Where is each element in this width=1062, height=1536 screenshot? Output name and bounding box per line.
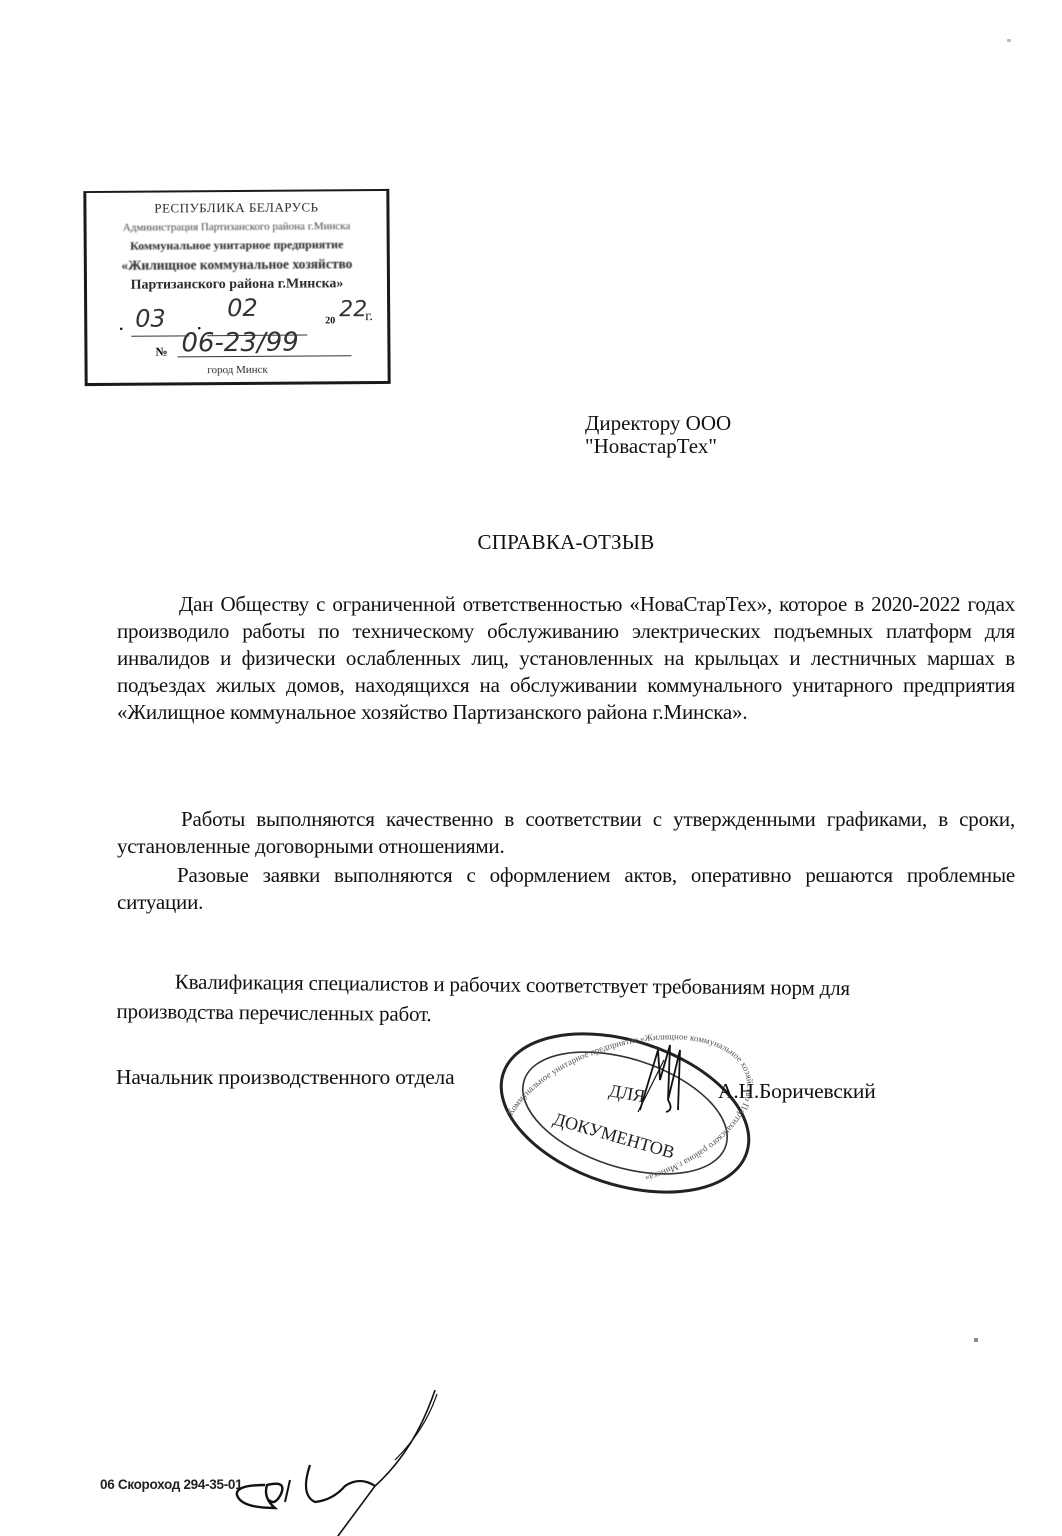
paragraph-4: Квалификация специалистов и рабочих соот… bbox=[116, 966, 957, 1034]
head-signature-icon bbox=[630, 1040, 710, 1160]
paragraph-2-container: Работы выполняются качественно в соответ… bbox=[117, 806, 1015, 860]
paragraph-1: Дан Обществу с ограниченной ответственно… bbox=[117, 591, 1015, 726]
stamp-city: город Минск bbox=[88, 363, 388, 377]
year-prefix: 20 bbox=[325, 315, 335, 326]
date-dot: . bbox=[119, 317, 123, 335]
paragraph-1-container: Дан Обществу с ограниченной ответственно… bbox=[117, 591, 1015, 726]
registration-stamp-box: РЕСПУБЛИКА БЕЛАРУСЬ Администрация Партиз… bbox=[83, 189, 390, 386]
number-label: № bbox=[155, 344, 167, 359]
date-month: 02 bbox=[227, 294, 258, 322]
paragraph-2: Работы выполняются качественно в соответ… bbox=[117, 806, 1015, 860]
scan-speck bbox=[974, 1338, 978, 1342]
addressee-line-1: Директору ООО bbox=[585, 412, 731, 435]
round-stamp: Коммунальное унитарное предприятие «Жили… bbox=[490, 1028, 760, 1198]
year-suffix: 22 bbox=[339, 297, 367, 322]
addressee-block: Директору ООО "НовастарТех" bbox=[585, 412, 731, 458]
paragraph-3-container: Разовые заявки выполняются с оформлением… bbox=[117, 862, 1015, 916]
stamp-enterprise-name-1: «Жилищное коммунальное хозяйство bbox=[87, 256, 387, 274]
stamp-date-row: . 03 . 02 20 22 г. bbox=[117, 301, 367, 331]
document-title: СПРАВКА-ОТЗЫВ bbox=[0, 530, 1062, 555]
scan-speck bbox=[1007, 39, 1011, 42]
signatory-name: А.Н.Боричевский bbox=[718, 1079, 876, 1104]
stamp-country: РЕСПУБЛИКА БЕЛАРУСЬ bbox=[86, 199, 386, 217]
registration-number: 06-23/99 bbox=[181, 328, 299, 359]
stamp-enterprise-name-2: Партизанского района г.Минска» bbox=[87, 276, 387, 294]
stamp-administration: Администрация Партизанского района г.Мин… bbox=[87, 220, 387, 234]
addressee-line-2: "НовастарТех" bbox=[585, 435, 731, 458]
year-tail: г. bbox=[365, 309, 373, 325]
executor-signature-icon bbox=[215, 1390, 445, 1536]
stamp-number-row: № 06-23/99 bbox=[147, 331, 347, 360]
date-day: 03 bbox=[135, 304, 166, 332]
signatory-position: Начальник производственного отдела bbox=[116, 1065, 454, 1090]
stamp-enterprise-type: Коммунальное унитарное предприятие bbox=[87, 237, 387, 254]
paragraph-3: Разовые заявки выполняются с оформлением… bbox=[117, 862, 1015, 916]
